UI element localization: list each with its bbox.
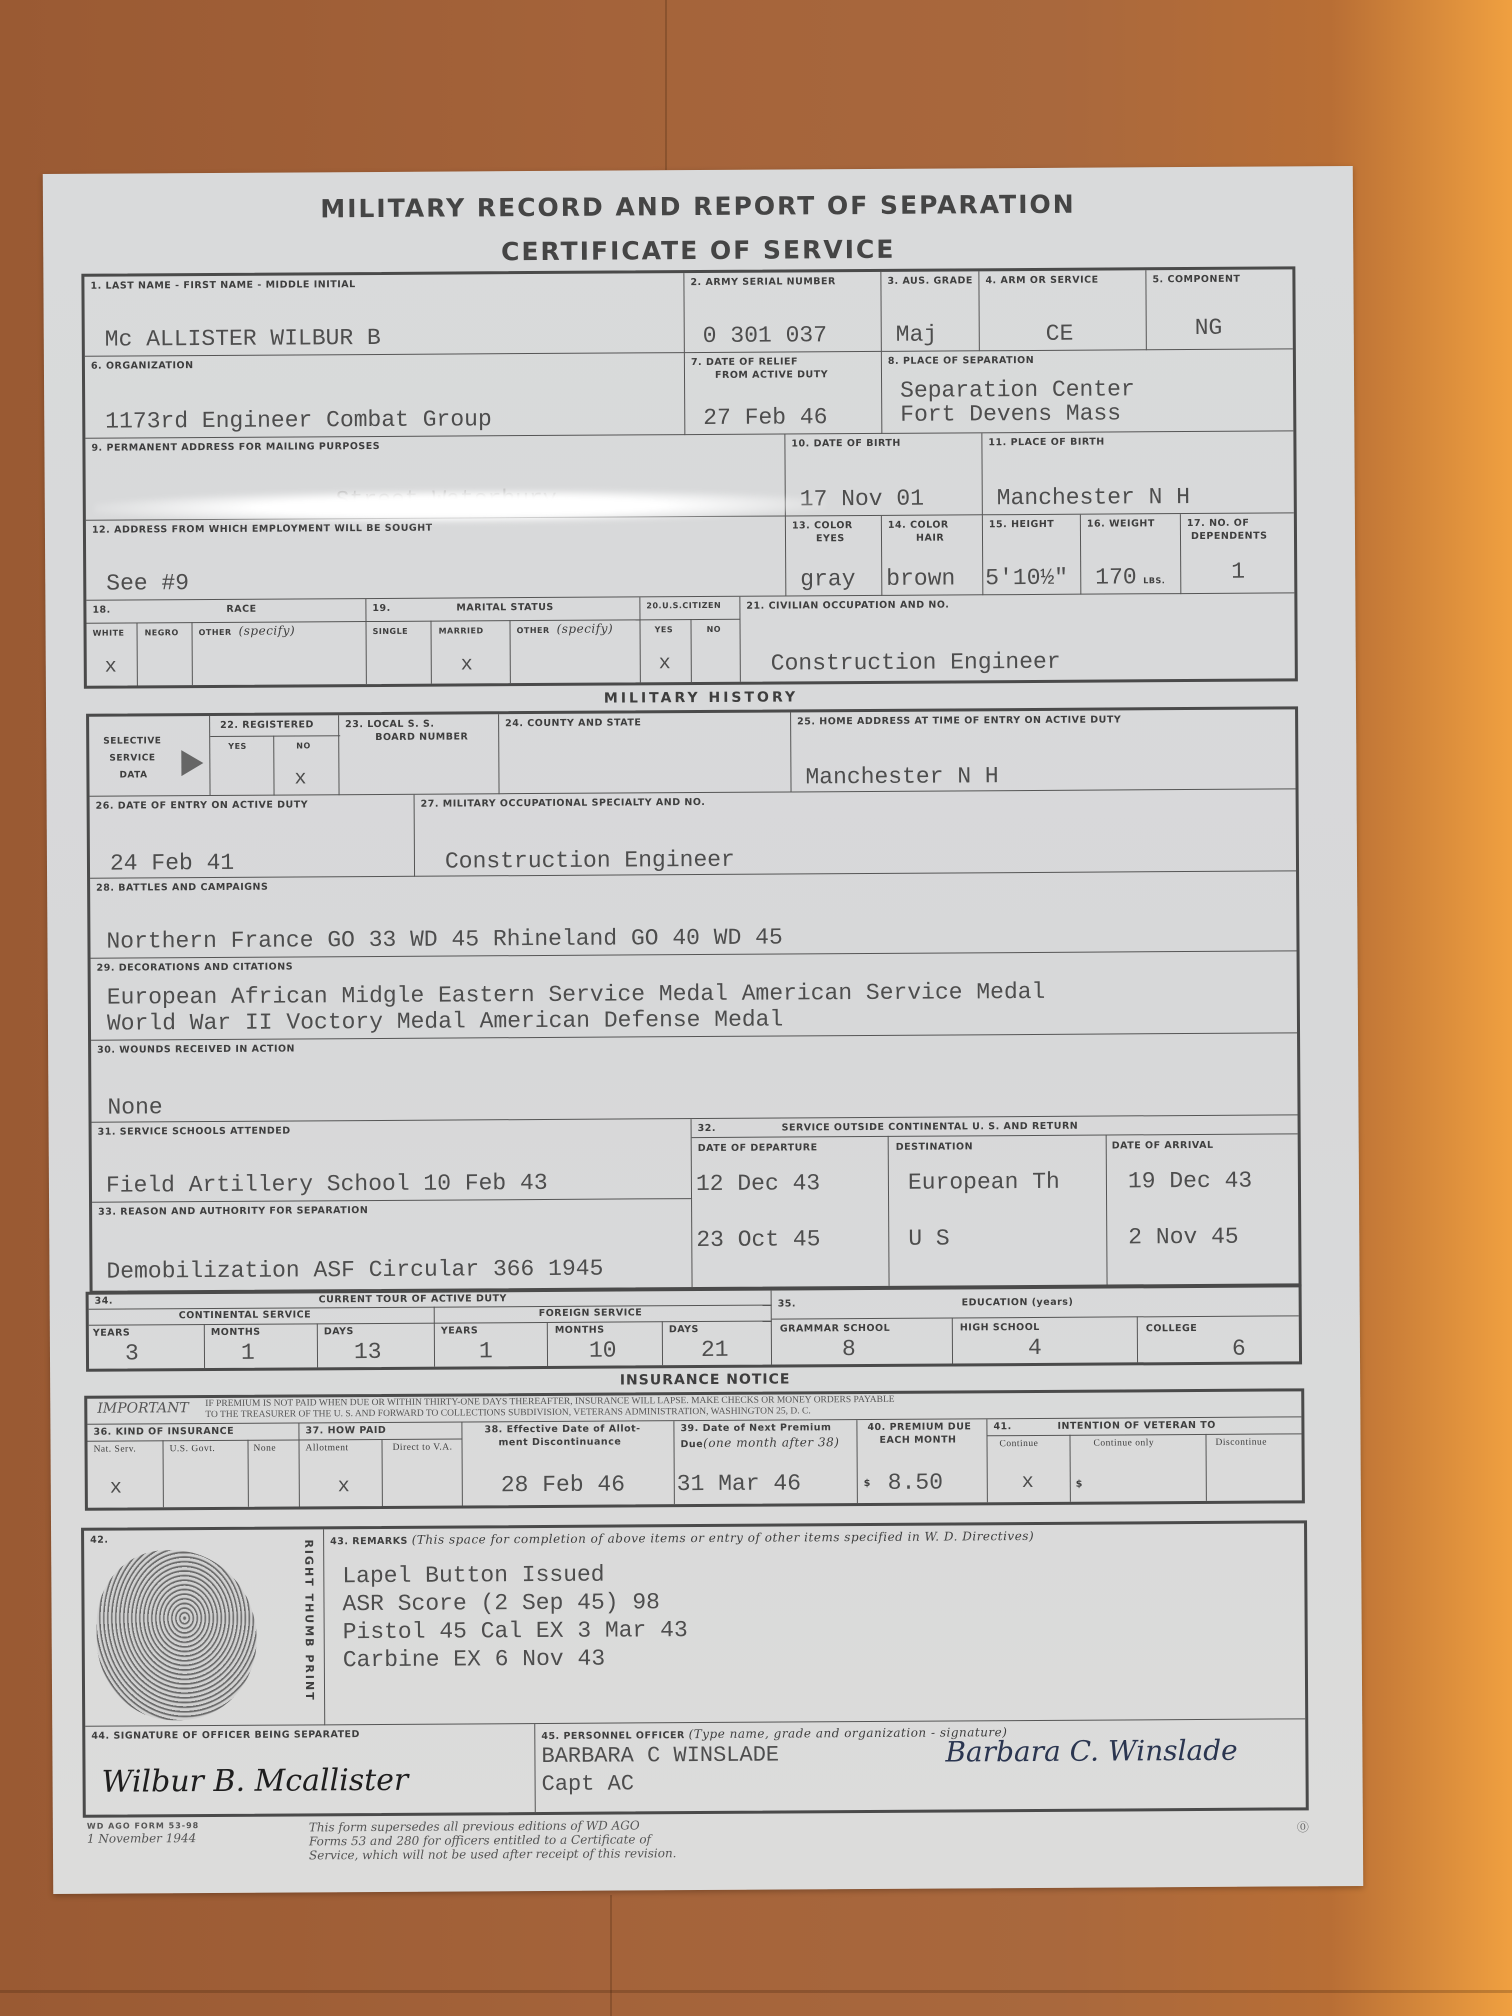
- allotment-discontinuance-value: 28 Feb 46: [501, 1471, 625, 1498]
- field-20-citizen: 20.U.S.CITIZEN YES NO x: [640, 597, 741, 683]
- separation-place-line2: Fort Devens Mass: [900, 400, 1121, 427]
- field-26-entry-date: 26. DATE OF ENTRY ON ACTIVE DUTY 24 Feb …: [90, 795, 415, 879]
- schools-value: Field Artillery School 10 Feb 43: [106, 1170, 548, 1199]
- field-2-serial: 2. ARMY SERIAL NUMBER 0 301 037: [684, 272, 881, 353]
- field-43-remarks: 43. REMARKS (This space for completion o…: [324, 1523, 1305, 1725]
- field-37-how-paid: 37. HOW PAID Allotment Direct to V.A. x: [299, 1422, 463, 1506]
- premium-value: 8.50: [888, 1470, 943, 1496]
- remark-line-1: Lapel Button Issued: [342, 1562, 604, 1590]
- decorations-line2: World War II Voctory Medal American Defe…: [107, 1007, 783, 1037]
- field-4-arm: 4. ARM OR SERVICE CE: [979, 270, 1146, 351]
- separation-certificate-document: MILITARY RECORD AND REPORT OF SEPARATION…: [43, 166, 1363, 1894]
- organization-value: 1173rd Engineer Combat Group: [105, 406, 492, 434]
- field-35-education: 35. EDUCATION (years) GRAMMAR SCHOOL HIG…: [772, 1287, 1299, 1364]
- form-date: 1 November 1944: [87, 1831, 196, 1846]
- field-21-civilian-occupation: 21. CIVILIAN OCCUPATION AND NO. Construc…: [740, 593, 1295, 681]
- personnel-officer-signature: Barbara C. Winslade: [945, 1734, 1237, 1769]
- field-33-separation-reason: 33. REASON AND AUTHORITY FOR SEPARATION …: [92, 1199, 693, 1291]
- eye-color-value: gray: [800, 566, 855, 592]
- marital-married-mark: x: [461, 653, 473, 676]
- continental-days: 13: [354, 1339, 382, 1365]
- document-subtitle: CERTIFICATE OF SERVICE: [43, 232, 1353, 269]
- continue-mark: x: [1022, 1471, 1034, 1494]
- foreign-months: 10: [589, 1338, 617, 1364]
- field-7-relief-date: 7. DATE OF RELIEF FROM ACTIVE DUTY 27 Fe…: [685, 352, 882, 435]
- remark-line-2: ASR Score (2 Sep 45) 98: [342, 1589, 660, 1617]
- field-34-active-duty: 34. CURRENT TOUR OF ACTIVE DUTY CONTINEN…: [89, 1291, 772, 1369]
- field-12-employment-address: 12. ADDRESS FROM WHICH EMPLOYMENT WILL B…: [86, 516, 786, 600]
- field-40-premium-due: 40. PREMIUM DUE EACH MONTH $ 8.50: [857, 1419, 988, 1503]
- selective-service-data: SELECTIVE SERVICE DATA: [89, 716, 209, 797]
- weight-value: 170: [1095, 564, 1137, 590]
- field-39-next-premium: 39. Date of Next Premium Due(one month a…: [674, 1420, 858, 1504]
- entry-date-value: 24 Feb 41: [110, 850, 234, 877]
- field-17-dependents: 17. NO. OF DEPENDENTS 1: [1181, 513, 1294, 594]
- decorations-line1: European African Midgle Eastern Service …: [107, 979, 1046, 1011]
- form-number: WD AGO FORM 53-98: [87, 1821, 199, 1831]
- continental-months: 1: [241, 1340, 255, 1366]
- field-24-county-state: 24. COUNTY AND STATE: [499, 712, 791, 794]
- arrival-2: 2 Nov 45: [1128, 1224, 1239, 1251]
- foreign-days: 21: [701, 1337, 729, 1363]
- field-1-name: 1. LAST NAME - FIRST NAME - MIDDLE INITI…: [84, 273, 684, 357]
- field-42-thumbprint: 42. RIGHT THUMB PRINT: [84, 1529, 325, 1726]
- insurance-section: IMPORTANT IF PREMIUM IS NOT PAID WHEN DU…: [84, 1388, 1305, 1510]
- field-25-home-address: 25. HOME ADDRESS AT TIME OF ENTRY ON ACT…: [791, 709, 1295, 792]
- remarks-signature-section: 42. RIGHT THUMB PRINT 43. REMARKS (This …: [81, 1520, 1309, 1817]
- arrow-right-icon: [181, 750, 203, 776]
- field-41-intention: 41. INTENTION OF VETERAN TO Continue Con…: [987, 1417, 1302, 1502]
- height-value: 5'10½": [985, 565, 1068, 592]
- wood-seam: [665, 0, 667, 170]
- active-duty-education-section: 34. CURRENT TOUR OF ACTIVE DUTY CONTINEN…: [86, 1284, 1302, 1371]
- personnel-officer-grade: Capt AC: [542, 1771, 635, 1797]
- field-13-eye-color: 13. COLOR EYES gray: [786, 516, 882, 597]
- wood-seam: [610, 1895, 612, 2016]
- field-29-decorations: 29. DECORATIONS AND CITATIONS European A…: [91, 951, 1297, 1040]
- field-11-birth-place: 11. PLACE OF BIRTH Manchester N H: [982, 431, 1293, 515]
- departure-2: 23 Oct 45: [696, 1226, 820, 1253]
- personal-section: 1. LAST NAME - FIRST NAME - MIDDLE INITI…: [81, 266, 1298, 688]
- thumbprint-image: [96, 1550, 257, 1721]
- grade-value: Maj: [896, 322, 938, 348]
- hair-color-value: brown: [886, 565, 955, 591]
- field-18-race: 18. RACE WHITE NEGRO OTHER (specify) x: [86, 599, 367, 686]
- field-36-insurance-kind: 36. KIND OF INSURANCE Nat. Serv. U.S. Go…: [87, 1423, 300, 1507]
- foreign-years: 1: [479, 1338, 493, 1364]
- civilian-occupation-value: Construction Engineer: [771, 649, 1061, 677]
- photo-glare: [95, 487, 825, 525]
- document-title: MILITARY RECORD AND REPORT OF SEPARATION: [43, 188, 1353, 225]
- officer-signature: Wilbur B. Mcallister: [101, 1763, 408, 1800]
- battles-value: Northern France GO 33 WD 45 Rhineland GO…: [106, 925, 782, 955]
- destination-2: U S: [908, 1225, 950, 1251]
- arm-value: CE: [1046, 321, 1074, 347]
- race-white-mark: x: [105, 656, 117, 679]
- serial-number-value: 0 301 037: [703, 322, 827, 349]
- allotment-mark: x: [338, 1475, 350, 1498]
- high-school-years: 4: [1028, 1335, 1042, 1361]
- destination-1: European Th: [908, 1169, 1060, 1196]
- next-premium-value: 31 Mar 46: [677, 1470, 801, 1497]
- dependents-value: 1: [1231, 559, 1245, 585]
- supersedes-note: This form supersedes all previous editio…: [309, 1818, 679, 1862]
- home-address-value: Manchester N H: [805, 763, 998, 790]
- field-28-battles: 28. BATTLES AND CAMPAIGNS Northern Franc…: [90, 871, 1296, 958]
- registered-no-mark: x: [294, 767, 306, 790]
- field-32-overseas-service: 32. SERVICE OUTSIDE CONTINENTAL U. S. AN…: [692, 1115, 1299, 1287]
- personnel-officer-name: BARBARA C WINSLADE: [541, 1743, 779, 1769]
- field-19-marital-status: 19. MARITAL STATUS SINGLE MARRIED OTHER …: [366, 597, 641, 684]
- field-23-ss-board: 23. LOCAL S. S. BOARD NUMBER: [339, 714, 499, 795]
- field-38-allotment-discontinuance: 38. Effective Date of Allot- ment Discon…: [462, 1421, 675, 1505]
- national-service-mark: x: [110, 1477, 122, 1500]
- union-bug-mark: ⓪: [1297, 1818, 1309, 1835]
- field-6-organization: 6. ORGANIZATION 1173rd Engineer Combat G…: [85, 353, 685, 439]
- departure-1: 12 Dec 43: [696, 1170, 820, 1197]
- field-44-officer-signature: 44. SIGNATURE OF OFFICER BEING SEPARATED…: [85, 1724, 536, 1815]
- college-years: 6: [1232, 1336, 1246, 1362]
- birth-place-value: Manchester N H: [997, 484, 1190, 511]
- remark-line-3: Pistol 45 Cal EX 3 Mar 43: [343, 1617, 688, 1645]
- field-16-weight: 16. WEIGHT 170 LBS.: [1081, 514, 1181, 595]
- remark-line-4: Carbine EX 6 Nov 43: [343, 1646, 605, 1674]
- field-15-height: 15. HEIGHT 5'10½": [983, 515, 1081, 596]
- separation-reason-value: Demobilization ASF Circular 366 1945: [106, 1256, 603, 1285]
- military-history-section: SELECTIVE SERVICE DATA 22. REGISTERED YE…: [86, 706, 1302, 1293]
- field-22-registered: 22. REGISTERED YES NO x: [209, 715, 339, 796]
- thumb-print-label: RIGHT THUMB PRINT: [302, 1539, 316, 1701]
- grammar-school-years: 8: [842, 1336, 856, 1362]
- component-value: NG: [1195, 315, 1223, 341]
- relief-date-value: 27 Feb 46: [703, 404, 827, 431]
- wood-seam: [0, 1990, 1512, 1993]
- citizen-yes-mark: x: [659, 652, 671, 675]
- field-30-wounds: 30. WOUNDS RECEIVED IN ACTION None: [91, 1033, 1297, 1122]
- wounds-value: None: [107, 1094, 162, 1120]
- field-27-mos: 27. MILITARY OCCUPATIONAL SPECIALTY AND …: [415, 789, 1296, 876]
- field-8-separation-place: 8. PLACE OF SEPARATION Separation Center…: [882, 349, 1293, 434]
- field-45-personnel-officer: 45. PERSONNEL OFFICER (Type name, grade …: [535, 1719, 1306, 1812]
- field-3-grade: 3. AUS. GRADE Maj: [881, 271, 979, 352]
- field-5-component: 5. COMPONENT NG: [1146, 269, 1292, 350]
- field-14-hair-color: 14. COLOR HAIR brown: [882, 515, 983, 596]
- employment-address-value: See #9: [106, 570, 189, 597]
- continental-years: 3: [125, 1340, 139, 1366]
- field-31-schools: 31. SERVICE SCHOOLS ATTENDED Field Artil…: [92, 1119, 692, 1203]
- arrival-1: 19 Dec 43: [1128, 1168, 1252, 1195]
- name-value: Mc ALLISTER WILBUR B: [105, 325, 381, 353]
- mos-value: Construction Engineer: [445, 847, 735, 875]
